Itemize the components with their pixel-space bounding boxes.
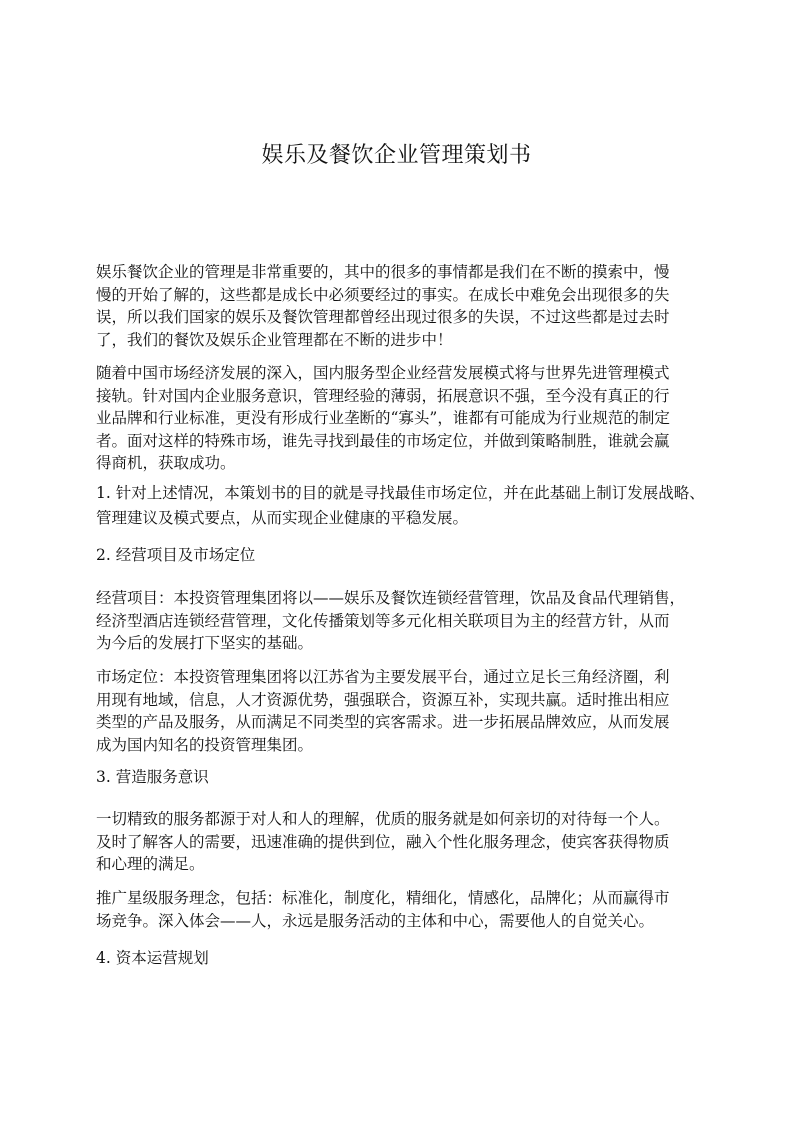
text-line: 一切精致的服务都源于对人和人的理解，优质的服务就是如何亲切的对待每一个人。 — [96, 808, 716, 831]
text-line: 随着中国市场经济发展的深入，国内服务型企业经营发展模式将与世界先进管理模式 — [96, 362, 716, 385]
section-heading-2: 2. 经营项目及市场定位 — [96, 544, 716, 567]
section-heading-3: 3. 营造服务意识 — [96, 766, 716, 789]
text-line: 误，所以我们国家的娱乐及餐饮管理都曾经出现过很多的失误，不过这些都是过去时 — [96, 306, 716, 329]
paragraph-market-positioning: 市场定位：本投资管理集团将以江苏省为主要发展平台，通过立足长三角经济圈，利 用现… — [96, 666, 716, 756]
text-line: 类型的产品及服务，从而满足不同类型的宾客需求。进一步拓展品牌效应，从而发展 — [96, 711, 716, 734]
paragraph-star-service: 推广星级服务理念，包括：标准化，制度化，精细化，情感化，品牌化；从而赢得市 场竞… — [96, 887, 716, 932]
text-line: 慢的开始了解的，这些都是成长中必须要经过的事实。在成长中难免会出现很多的失 — [96, 284, 716, 307]
text-line: 经济型酒店连锁经营管理，文化传播策划等多元化相关联项目为主的经营方针，从而 — [96, 610, 716, 633]
heading-text: 2. 经营项目及市场定位 — [96, 544, 716, 567]
text-line: 用现有地域，信息，人才资源优势，强强联合，资源互补，实现共赢。适时推出相应 — [96, 689, 716, 712]
text-line: 市场定位：本投资管理集团将以江苏省为主要发展平台，通过立足长三角经济圈，利 — [96, 666, 716, 689]
text-line: 及时了解客人的需要，迅速准确的提供到位，融入个性化服务理念，使宾客获得物质 — [96, 831, 716, 854]
text-line: 娱乐餐饮企业的管理是非常重要的，其中的很多的事情都是我们在不断的摸索中，慢 — [96, 261, 716, 284]
paragraph-market-background: 随着中国市场经济发展的深入，国内服务型企业经营发展模式将与世界先进管理模式 接轨… — [96, 362, 716, 475]
text-line: 业品牌和行业标准，更没有形成行业垄断的“寡头”，谁都有可能成为行业规范的制定 — [96, 407, 716, 430]
text-line: 成为国内知名的投资管理集团。 — [96, 734, 716, 757]
text-line: 经营项目：本投资管理集团将以——娱乐及餐饮连锁经营管理，饮品及食品代理销售， — [96, 587, 716, 610]
text-line: 管理建议及模式要点，从而实现企业健康的平稳发展。 — [96, 506, 716, 531]
text-line: 者。面对这样的特殊市场，谁先寻找到最佳的市场定位，并做到策略制胜，谁就会赢 — [96, 430, 716, 453]
heading-text: 3. 营造服务意识 — [96, 766, 716, 789]
text-line: 接轨。针对国内企业服务意识，管理经验的薄弱，拓展意识不强，至今没有真正的行 — [96, 385, 716, 408]
text-line: 推广星级服务理念，包括：标准化，制度化，精细化，情感化，品牌化；从而赢得市 — [96, 887, 716, 910]
paragraph-section-1: 1. 针对上述情况，本策划书的目的就是寻找最佳市场定位，并在此基础上制订发展战略… — [96, 481, 716, 531]
document-title: 娱乐及餐饮企业管理策划书 — [0, 138, 793, 169]
text-line: 1. 针对上述情况，本策划书的目的就是寻找最佳市场定位，并在此基础上制订发展战略… — [96, 481, 716, 506]
section-heading-4: 4. 资本运营规划 — [96, 947, 716, 970]
paragraph-service-understanding: 一切精致的服务都源于对人和人的理解，优质的服务就是如何亲切的对待每一个人。 及时… — [96, 808, 716, 876]
text-line: 了，我们的餐饮及娱乐企业管理都在不断的进步中！ — [96, 329, 716, 352]
text-line: 场竞争。深入体会——人，永远是服务活动的主体和中心，需要他人的自觉关心。 — [96, 910, 716, 933]
text-line: 为今后的发展打下坚实的基础。 — [96, 632, 716, 655]
paragraph-intro: 娱乐餐饮企业的管理是非常重要的，其中的很多的事情都是我们在不断的摸索中，慢 慢的… — [96, 261, 716, 351]
paragraph-business-projects: 经营项目：本投资管理集团将以——娱乐及餐饮连锁经营管理，饮品及食品代理销售， 经… — [96, 587, 716, 655]
text-line: 得商机，获取成功。 — [96, 452, 716, 475]
text-line: 和心理的满足。 — [96, 853, 716, 876]
heading-text: 4. 资本运营规划 — [96, 947, 716, 970]
